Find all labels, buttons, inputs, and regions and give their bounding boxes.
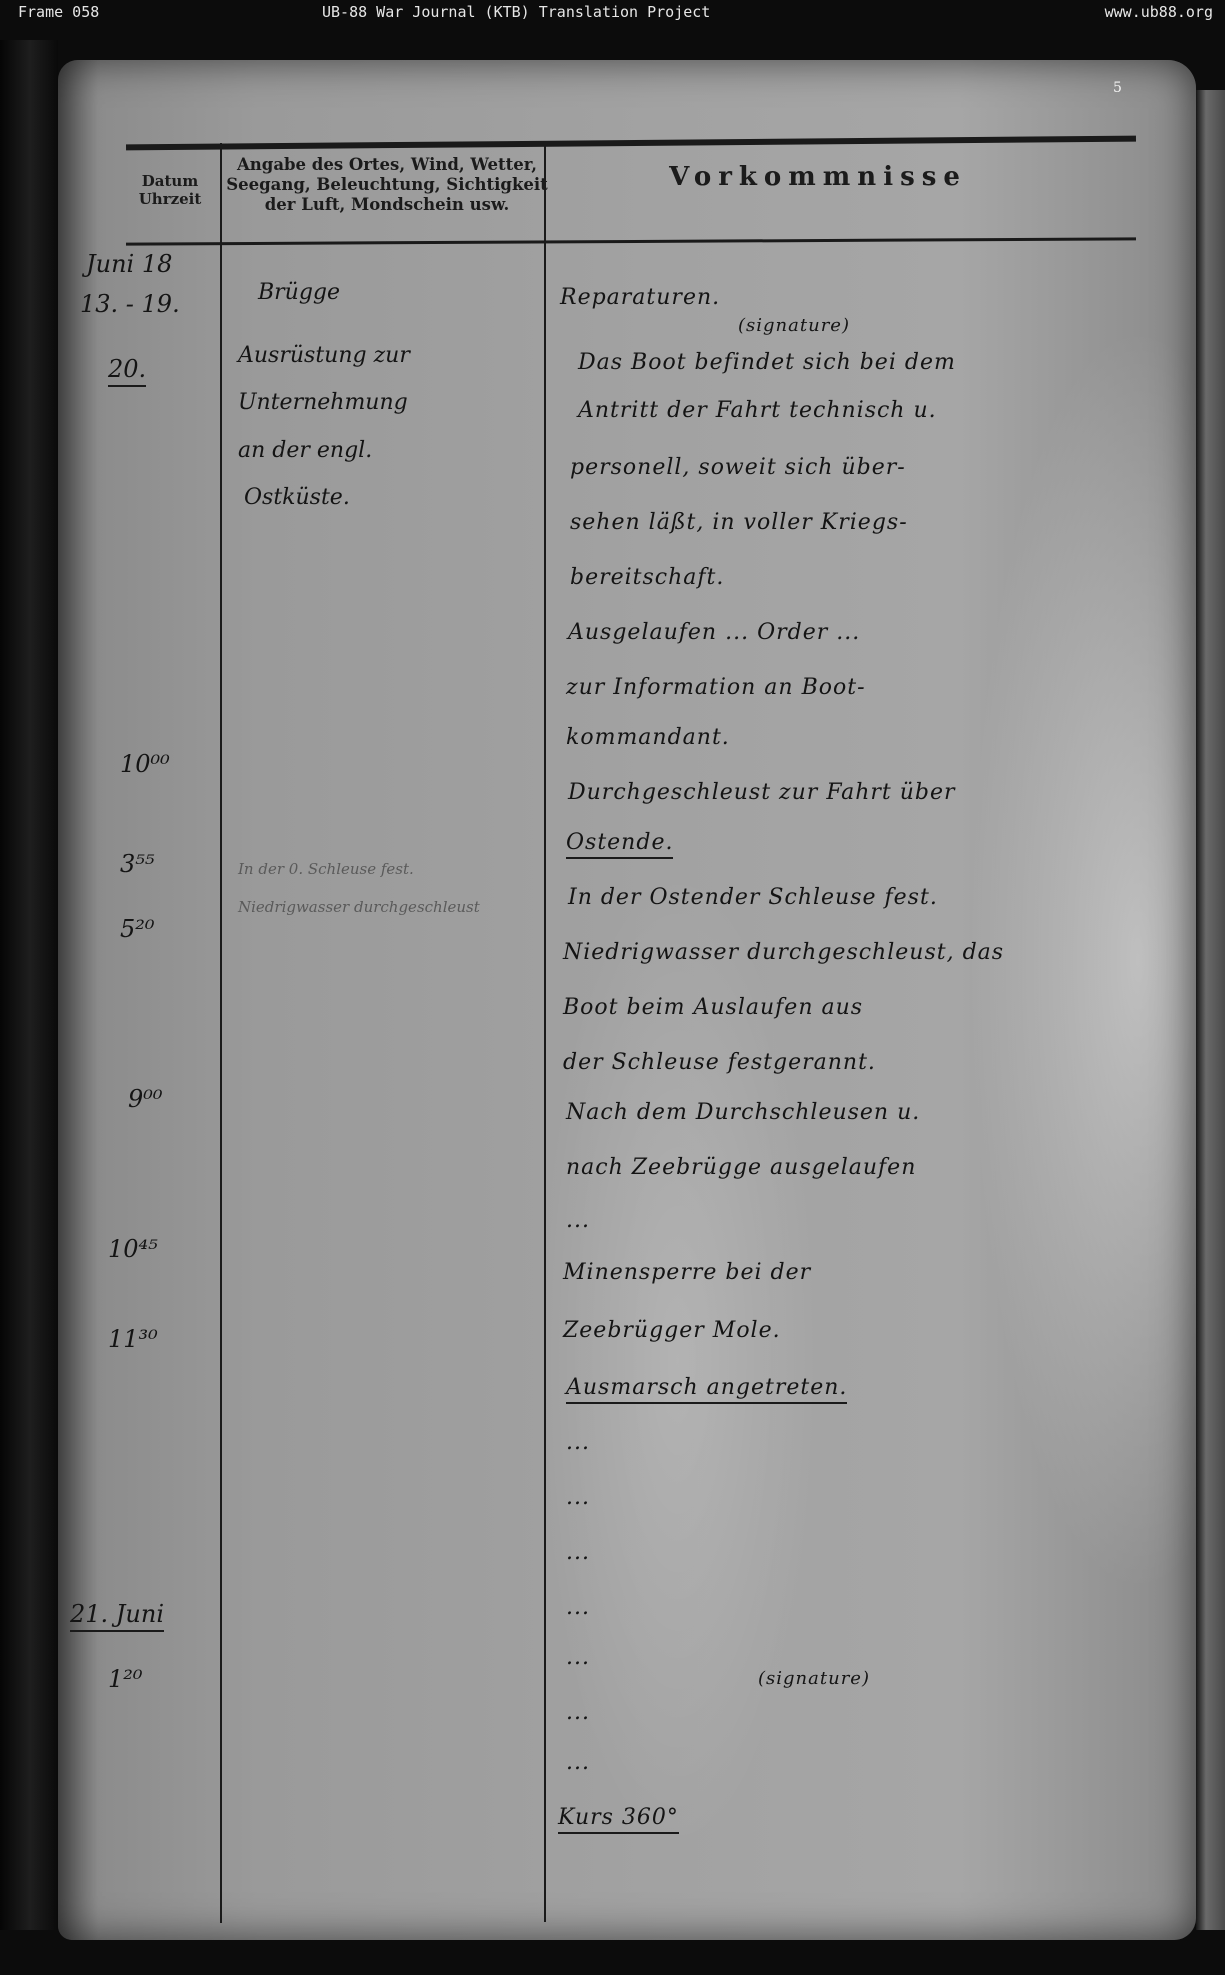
column-header-datum: Datum Uhrzeit: [128, 172, 212, 208]
location-note-faint: In der 0. Schleuse fest.: [238, 860, 414, 878]
facing-page-edge: [1196, 90, 1225, 1930]
event-line: ...: [566, 1645, 590, 1670]
course-entry: Kurs 360°: [558, 1805, 679, 1834]
event-line: der Schleuse festgerannt.: [563, 1050, 876, 1075]
date-entry: 20.: [108, 355, 146, 387]
event-line: Niedrigwasser durchgeschleust, das: [563, 940, 1004, 965]
time-entry: 3⁵⁵: [120, 850, 155, 878]
event-line: Reparaturen.: [560, 285, 720, 310]
page-number-mark: 5: [1113, 80, 1122, 96]
date-entry: 21. Juni: [70, 1600, 164, 1632]
event-line: Nach dem Durchschleusen u.: [566, 1100, 920, 1125]
time-entry: 5²⁰: [120, 915, 155, 943]
event-line: Ausmarsch angetreten.: [566, 1375, 847, 1404]
event-line: ...: [566, 1208, 590, 1233]
location-note-faint: Niedrigwasser durchgeschleust: [238, 898, 480, 916]
column-header-vorkommnisse: Vorkommnisse: [558, 162, 1078, 193]
time-entry: 10⁴⁵: [108, 1235, 158, 1263]
column-divider-1: [220, 143, 222, 1923]
event-line: nach Zeebrügge ausgelaufen: [566, 1155, 916, 1180]
event-line: ...: [566, 1540, 590, 1565]
event-line: zur Information an Boot-: [566, 675, 866, 700]
event-line: ...: [566, 1430, 590, 1455]
event-line: Zeebrügger Mole.: [563, 1318, 781, 1343]
location-entry: Brügge: [258, 280, 340, 305]
event-line: In der Ostender Schleuse fest.: [568, 885, 938, 910]
frame-info-bar: Frame 058 UB-88 War Journal (KTB) Transl…: [0, 0, 1225, 28]
event-line: ...: [566, 1700, 590, 1725]
time-entry: 11³⁰: [108, 1325, 158, 1353]
location-entry: Ostküste.: [244, 485, 350, 510]
frame-label: Frame 058: [18, 3, 99, 21]
time-entry: 10⁰⁰: [120, 750, 170, 778]
event-line: Boot beim Auslaufen aus: [563, 995, 863, 1020]
event-line: Ausgelaufen ... Order ...: [568, 620, 860, 645]
time-entry: 9⁰⁰: [128, 1085, 163, 1113]
event-line: ...: [566, 1750, 590, 1775]
date-entry: 13. - 19.: [80, 290, 180, 318]
journal-page: 5 Datum Uhrzeit Angabe des Ortes, Wind, …: [58, 60, 1196, 1940]
location-entry: Unternehmung: [238, 390, 408, 415]
event-line: sehen läßt, in voller Kriegs-: [570, 510, 908, 535]
signature: (signature): [758, 1668, 870, 1689]
column-header-angabe: Angabe des Ortes, Wind, Wetter, Seegang,…: [226, 155, 548, 214]
website-link[interactable]: www.ub88.org: [1105, 3, 1213, 21]
column-divider-2: [544, 142, 546, 1922]
top-thick-rule: [126, 136, 1136, 151]
event-line: ...: [566, 1595, 590, 1620]
event-line: Minensperre bei der: [563, 1260, 811, 1285]
location-entry: an der engl.: [238, 438, 372, 463]
event-line: Das Boot befindet sich bei dem: [578, 350, 956, 375]
event-line: Durchgeschleust zur Fahrt über: [568, 780, 956, 805]
event-line: ...: [566, 1485, 590, 1510]
event-line: Antritt der Fahrt technisch u.: [578, 398, 937, 423]
location-entry: Ausrüstung zur: [238, 343, 410, 368]
event-line: bereitschaft.: [570, 565, 724, 590]
project-title: UB-88 War Journal (KTB) Translation Proj…: [322, 3, 710, 21]
signature: (signature): [738, 315, 850, 336]
event-line: kommandant.: [566, 725, 730, 750]
event-line: Ostende.: [566, 830, 673, 859]
book-binding: [0, 40, 58, 1930]
header-bottom-rule: [126, 237, 1136, 245]
event-line: personell, soweit sich über-: [570, 455, 906, 480]
time-entry: 1²⁰: [108, 1665, 143, 1693]
date-entry: Juni 18: [86, 250, 172, 278]
